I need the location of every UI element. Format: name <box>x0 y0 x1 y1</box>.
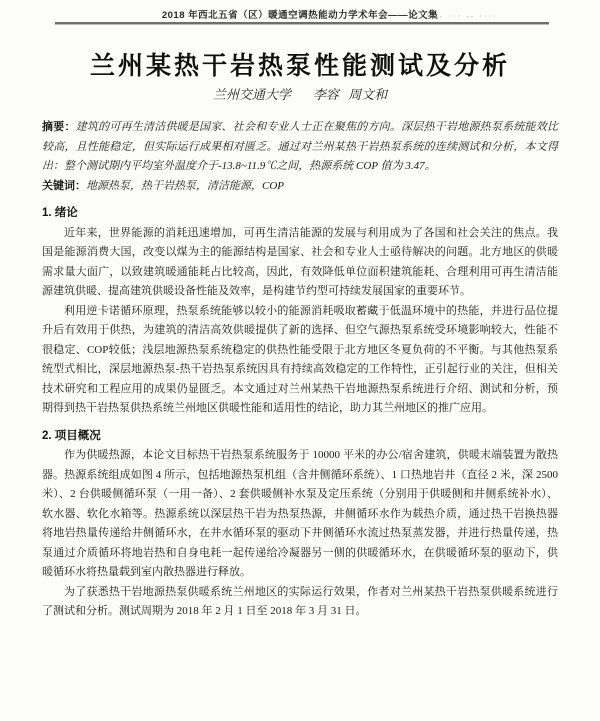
section-heading-intro: 1. 绪论 <box>42 204 558 224</box>
author-affiliation: 兰州交通大学 <box>213 87 291 102</box>
byline: 兰州交通大学李容 周文和 <box>0 84 600 103</box>
abstract-text: 建筑的可再生清洁供暖是国家、社会和专业人士正在聚焦的方向。深层热干岩地源热泵系统… <box>42 121 558 172</box>
abstract: 摘要：建筑的可再生清洁供暖是国家、社会和专业人士正在聚焦的方向。深层热干岩地源热… <box>42 118 558 177</box>
abstract-label: 摘要： <box>42 121 76 133</box>
header-rule <box>55 22 549 25</box>
intro-paragraph-1: 近年来，世界能源的消耗迅速增加，可再生清洁能源的发展与利用成为了各国和社会关注的… <box>42 224 558 302</box>
scanned-paper-page: 2018 年西北五省（区）暖通空调热能动力学术年会——论文集 ˙ ···· - … <box>0 0 600 721</box>
running-head: 2018 年西北五省（区）暖通空调热能动力学术年会——论文集 <box>0 7 600 21</box>
project-paragraph-2: 为了获悉热干岩地源热泵供暖系统兰州地区的实际运行效果，作者对兰州某热干岩热泵供暖… <box>42 583 558 622</box>
project-paragraph-1: 作为供暖热源，本论文目标热干岩热泵系统服务于 10000 平米的办公/宿舍建筑，… <box>42 446 558 583</box>
intro-paragraph-2: 利用逆卡诺循环原理，热泵系统能够以较小的能源消耗吸取蓄藏于低温环境中的热能，并进… <box>42 302 558 419</box>
author-names: 李容 周文和 <box>313 87 387 102</box>
keywords: 关键词：地源热泵，热干岩热泵，清洁能源，COP <box>42 177 558 197</box>
paper-title: 兰州某热干岩热泵性能测试及分析 <box>0 46 600 82</box>
section-heading-project: 2. 项目概况 <box>42 427 558 447</box>
paper-body: 摘要：建筑的可再生清洁供暖是国家、社会和专业人士正在聚焦的方向。深层热干岩地源热… <box>42 118 558 622</box>
keywords-label: 关键词： <box>42 180 86 192</box>
scan-noise-marks: ˙ ···· - ··· -- ···· <box>408 12 498 21</box>
keywords-text: 地源热泵，热干岩热泵，清洁能源，COP <box>86 180 284 192</box>
